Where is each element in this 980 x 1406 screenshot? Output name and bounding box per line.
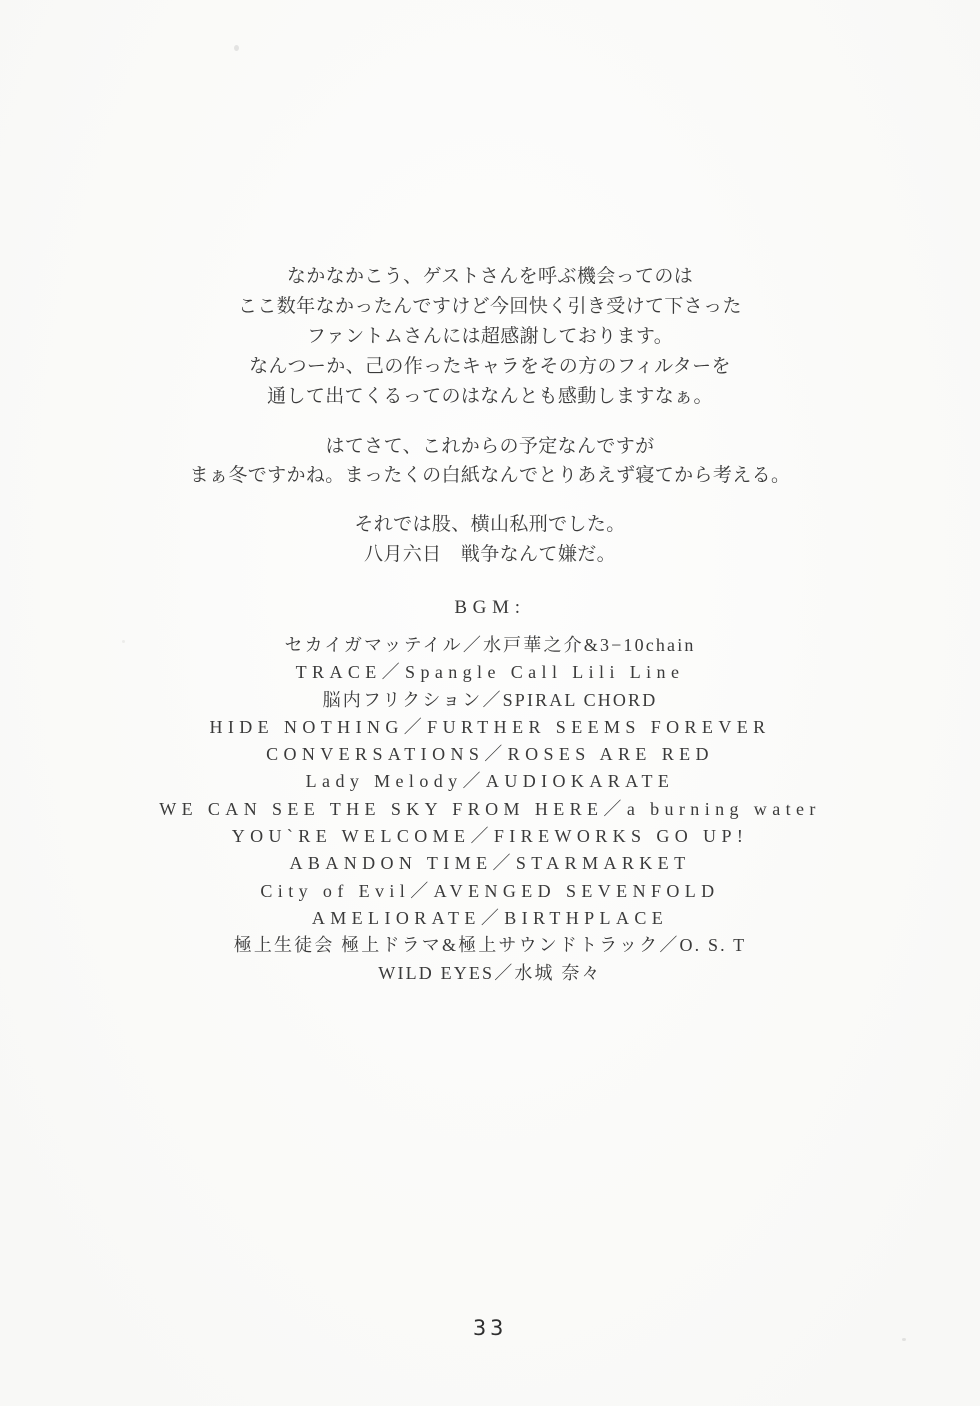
bgm-track: City of Evil／AVENGED SEVENFOLD [0, 878, 980, 905]
afterword-line: なんつーか、己の作ったキャラをその方のフィルターを [0, 352, 980, 382]
afterword-line: なかなかこう、ゲストさんを呼ぶ機会ってのは [0, 262, 980, 292]
afterword-line: まぁ冬ですかね。まったくの白紙なんでとりあえず寝てから考える。 [0, 461, 980, 490]
signoff-line: 八月六日 戦争なんて嫌だ。 [0, 540, 980, 570]
bgm-track: 脳内フリクション／SPIRAL CHORD [0, 687, 980, 714]
bgm-track: AMELIORATE／BIRTHPLACE [0, 905, 980, 932]
bgm-track: WE CAN SEE THE SKY FROM HERE／a burning w… [0, 796, 980, 823]
afterword-line: ファントムさんには超感謝しております。 [0, 322, 980, 352]
signoff-line: それでは股、横山私刑でした。 [0, 510, 980, 540]
bgm-track: Lady Melody／AUDIOKARATE [0, 768, 980, 795]
afterword-line: はてさて、これからの予定なんですが [0, 432, 980, 461]
afterword-paragraph-1: なかなかこう、ゲストさんを呼ぶ機会ってのは ここ数年なかったんですけど今回快く引… [0, 262, 980, 412]
bgm-track: 極上生徒会 極上ドラマ&極上サウンドトラック／O. S. T [0, 932, 980, 959]
bgm-track: セカイガマッテイル／水戸華之介&3−10chain [0, 632, 980, 659]
page-number-container: 33 [0, 1316, 980, 1340]
page-number: 33 [473, 1316, 507, 1340]
afterword-line: 通して出てくるってのはなんとも感動しますなぁ。 [0, 382, 980, 412]
bgm-track: WILD EYES／水城 奈々 [0, 960, 980, 987]
bgm-track: HIDE NOTHING／FURTHER SEEMS FOREVER [0, 714, 980, 741]
bgm-track: YOU`RE WELCOME／FIREWORKS GO UP! [0, 823, 980, 850]
scan-speck [234, 45, 239, 51]
bgm-track: ABANDON TIME／STARMARKET [0, 850, 980, 877]
bgm-list: BGM: セカイガマッテイル／水戸華之介&3−10chain TRACE／Spa… [0, 594, 980, 987]
bgm-track: CONVERSATIONS／ROSES ARE RED [0, 741, 980, 768]
bgm-heading: BGM: [0, 594, 980, 622]
afterword-line: ここ数年なかったんですけど今回快く引き受けて下さった [0, 292, 980, 322]
afterword-signoff: それでは股、横山私刑でした。 八月六日 戦争なんて嫌だ。 [0, 510, 980, 570]
bgm-track: TRACE／Spangle Call Lili Line [0, 659, 980, 686]
afterword-paragraph-2: はてさて、これからの予定なんですが まぁ冬ですかね。まったくの白紙なんでとりあえ… [0, 432, 980, 490]
